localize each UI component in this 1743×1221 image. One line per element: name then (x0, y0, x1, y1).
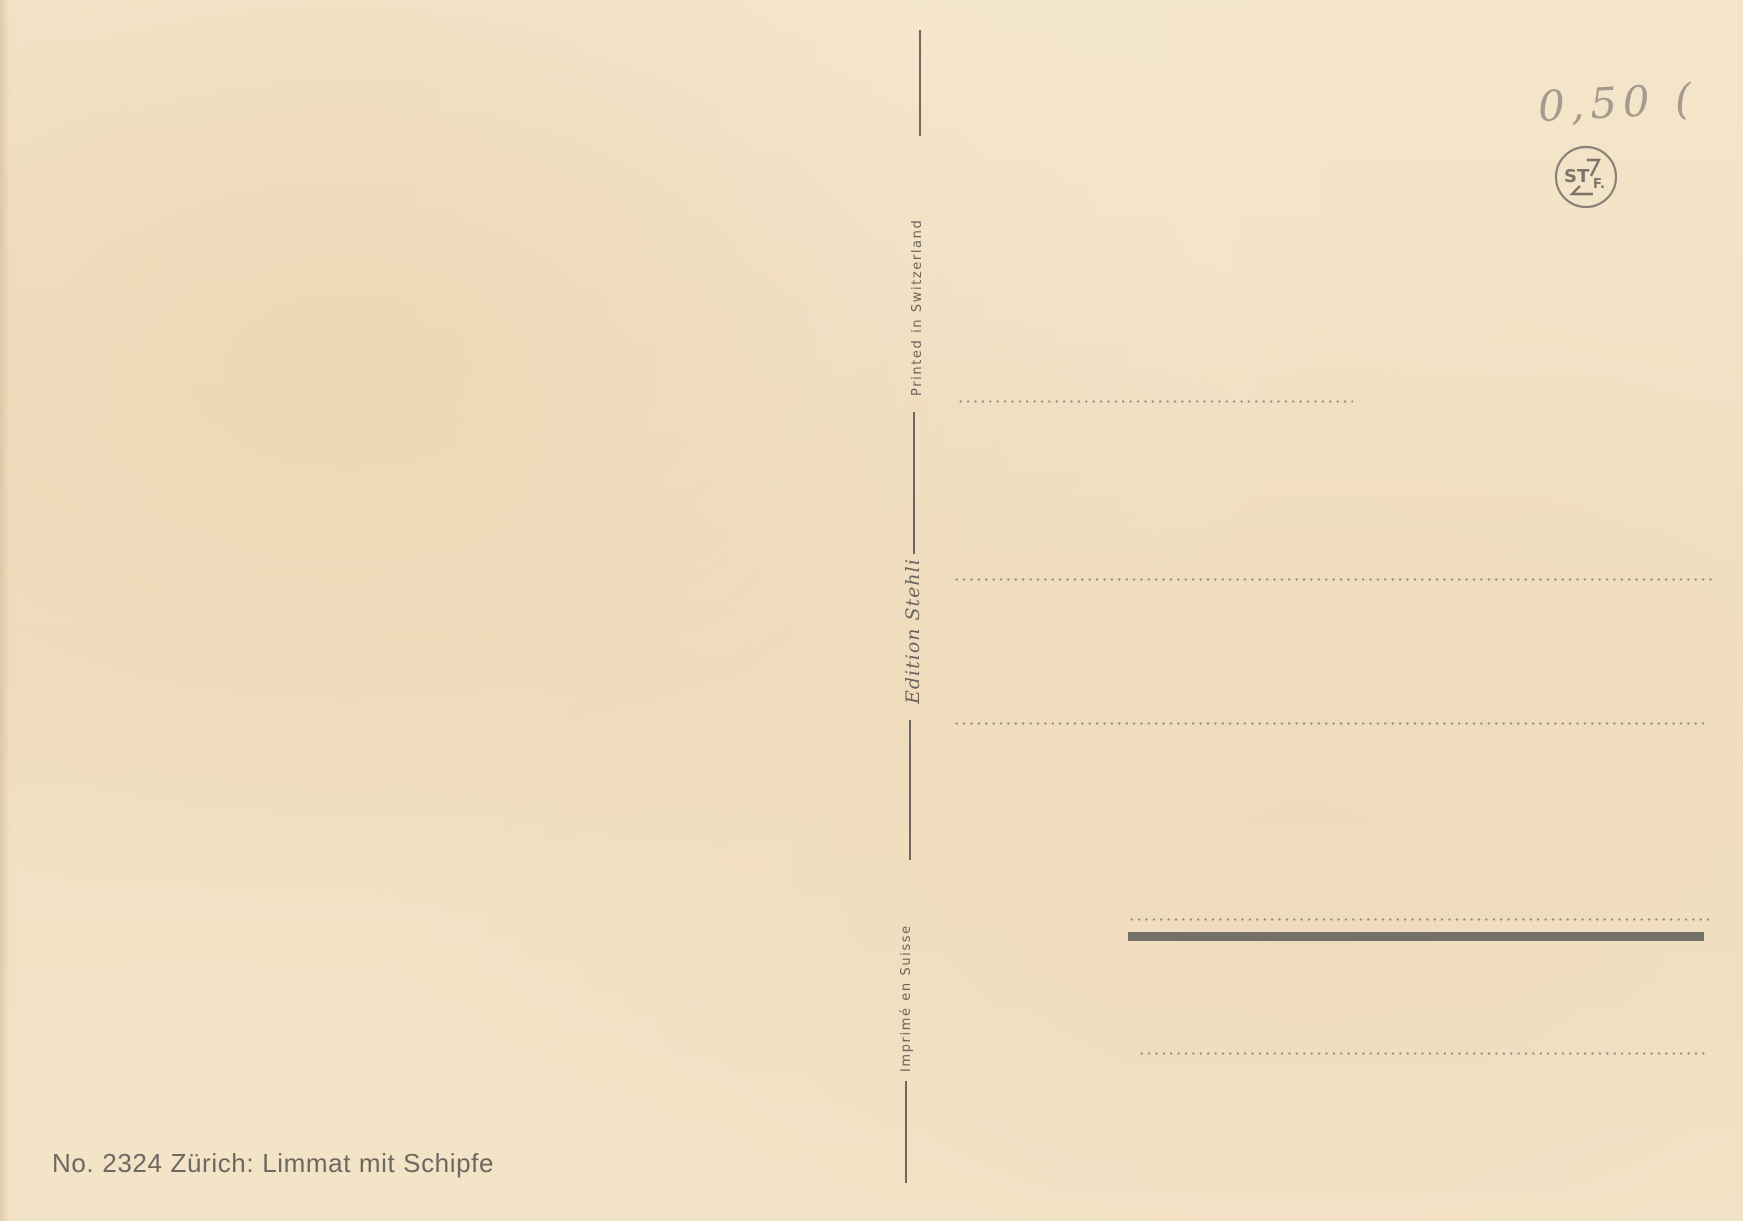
address-line-5 (1138, 1052, 1706, 1055)
address-line-3 (953, 722, 1705, 725)
divider-line-segment (919, 30, 921, 136)
postcard-back: 0,50 ( ST F. Printed in Switzerland Edit… (0, 0, 1743, 1221)
divider-text-printed-in-switzerland: Printed in Switzerland (910, 219, 925, 396)
divider-line-segment (905, 1081, 907, 1183)
address-line-2 (953, 578, 1713, 581)
stamp-text-st: ST (1564, 166, 1590, 187)
stamp-text-f: F. (1593, 177, 1605, 192)
postcard-caption: No.2324Zürich:Limmat mit Schipfe (52, 1148, 502, 1179)
handwritten-price-note: 0,50 ( (1537, 74, 1699, 131)
divider-text-imprime-en-suisse: Imprimé en Suisse (899, 924, 914, 1072)
address-line-1 (957, 400, 1353, 403)
address-city-underline (1128, 932, 1704, 941)
caption-title: Limmat mit Schipfe (262, 1148, 494, 1178)
address-line-4 (1128, 918, 1712, 921)
caption-place: Zürich: (171, 1148, 255, 1178)
publisher-logo-stamp-icon: ST F. (1553, 144, 1619, 210)
divider-line-segment (909, 720, 911, 860)
paper-edge-shadow (0, 0, 10, 1221)
caption-number: 2324 (102, 1148, 162, 1178)
divider-line-segment (913, 412, 915, 554)
caption-number-label: No. (52, 1148, 94, 1178)
divider-text-edition-stehli: Edition Stehli (902, 558, 924, 704)
